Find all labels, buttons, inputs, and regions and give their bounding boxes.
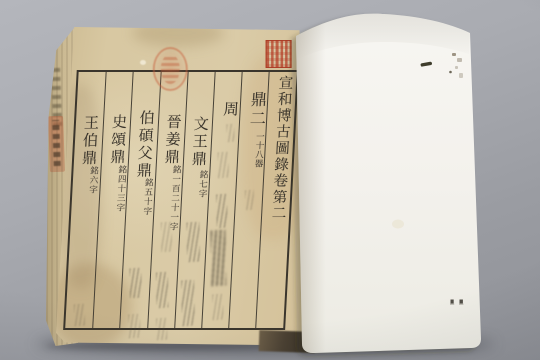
right-page-blank bbox=[0, 0, 540, 360]
photograph-of-open-book: 王伯鼎 銘六字 史頌鼎 銘四十三字 伯碩父鼎 銘五十字 晉姜鼎 銘一百二十一字 bbox=[0, 0, 540, 360]
